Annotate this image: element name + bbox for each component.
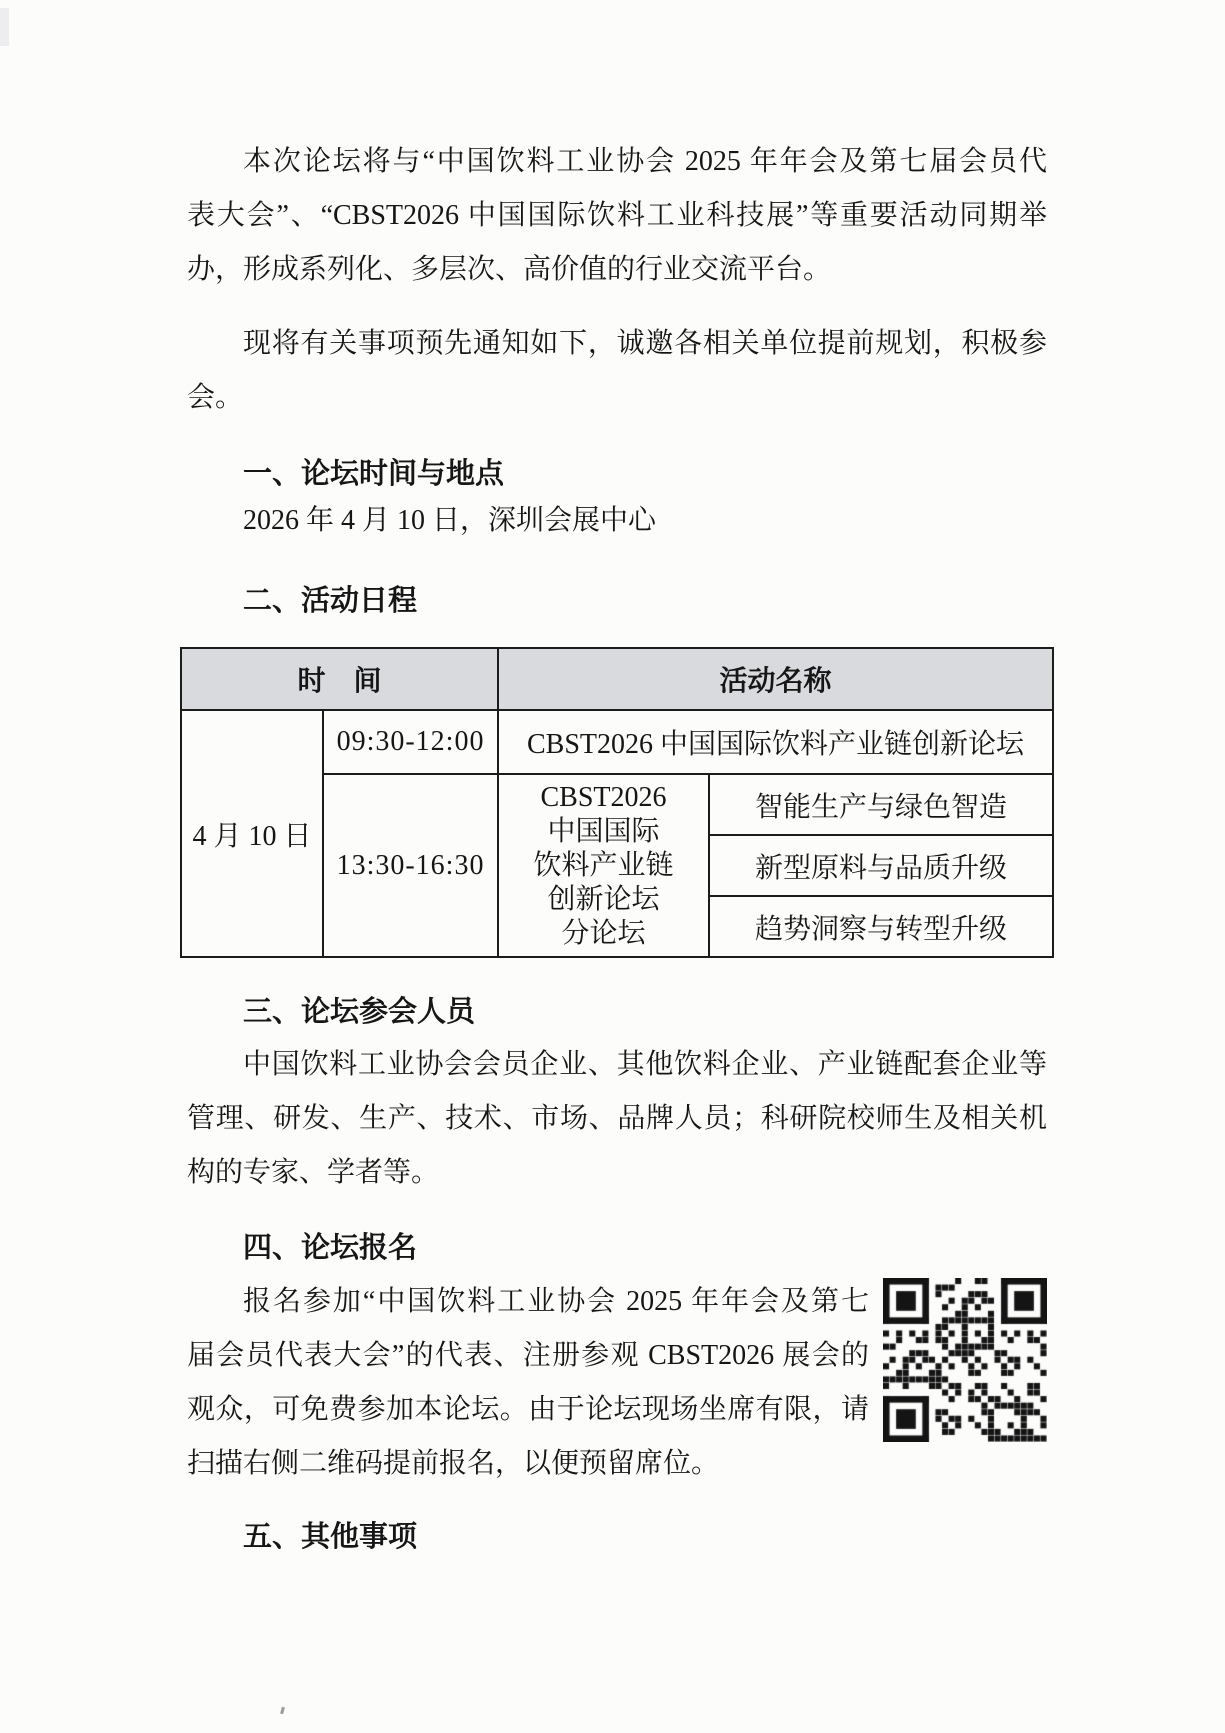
scanned-notice-page: { "document": { "intro_p1": [ "本次论坛将与“中国… <box>0 0 1225 1733</box>
section-3-line1: 中国饮料工业协会会员企业、其他饮料企业、产业链配套企业等 <box>187 1038 1047 1092</box>
intro-p1-line2: 表大会”、“CBST2026 中国国际饮料工业科技展”等重要活动同期举 <box>187 189 1047 243</box>
schedule-header-row: 时 间 活动名称 <box>181 648 1053 710</box>
scan-edge-artifact <box>0 8 9 46</box>
forum-line: 分论坛 <box>499 917 708 951</box>
afternoon-time-cell: 13:30-16:30 <box>323 774 498 957</box>
section-1-body: 2026 年 4 月 10 日，深圳会展中心 <box>187 494 1047 548</box>
section-5-heading: 五、其他事项 <box>187 1517 1047 1557</box>
section-4-line4: 扫描右侧二维码提前报名，以便预留席位。 <box>187 1437 1047 1491</box>
intro-p1-line1: 本次论坛将与“中国饮料工业协会 2025 年年会及第七届会员代 <box>187 135 1047 189</box>
registration-qr-code <box>883 1278 1047 1442</box>
section-4-heading: 四、论坛报名 <box>187 1228 1047 1268</box>
schedule-row-morning: 4 月 10 日 09:30-12:00 CBST2026 中国国际饮料产业链创… <box>181 710 1053 774</box>
schedule-header-activity: 活动名称 <box>498 648 1053 710</box>
section-3-line3: 构的专家、学者等。 <box>187 1146 1047 1200</box>
forum-line: 中国国际 <box>499 815 708 849</box>
schedule-header-time: 时 间 <box>181 648 498 710</box>
section-2-heading: 二、活动日程 <box>187 581 1047 621</box>
scan-speck-artifact <box>280 1707 285 1715</box>
lower-text: 三、论坛参会人员 中国饮料工业协会会员企业、其他饮料企业、产业链配套企业等 管理… <box>187 992 1047 1557</box>
document-page: 本次论坛将与“中国饮料工业协会 2025 年年会及第七届会员代 表大会”、“CB… <box>180 0 1052 1557</box>
morning-activity-cell: CBST2026 中国国际饮料产业链创新论坛 <box>498 710 1053 774</box>
forum-line: 创新论坛 <box>499 883 708 917</box>
topic-cell-3: 趋势洞察与转型升级 <box>709 896 1053 957</box>
schedule-date-cell: 4 月 10 日 <box>181 710 323 957</box>
forum-line: 饮料产业链 <box>499 849 708 883</box>
topic-cell-1: 智能生产与绿色智造 <box>709 774 1053 835</box>
schedule-table: 时 间 活动名称 4 月 10 日 09:30-12:00 CBST2026 中… <box>180 647 1054 958</box>
afternoon-forum-cell: CBST2026 中国国际 饮料产业链 创新论坛 分论坛 <box>498 774 709 957</box>
qr-code-image <box>883 1278 1047 1442</box>
morning-time-cell: 09:30-12:00 <box>323 710 498 774</box>
intro-p2-line1: 现将有关事项预先通知如下，诚邀各相关单位提前规划，积极参 <box>187 317 1047 371</box>
section-3-heading: 三、论坛参会人员 <box>187 992 1047 1032</box>
forum-line: CBST2026 <box>499 781 708 815</box>
intro-text: 本次论坛将与“中国饮料工业协会 2025 年年会及第七届会员代 表大会”、“CB… <box>187 0 1047 621</box>
section-3-line2: 管理、研发、生产、技术、市场、品牌人员；科研院校师生及相关机 <box>187 1092 1047 1146</box>
section-1-heading: 一、论坛时间与地点 <box>187 454 1047 494</box>
intro-p2-line2: 会。 <box>187 371 1047 425</box>
registration-block: 报名参加“中国饮料工业协会 2025 年年会及第七 届会员代表大会”的代表、注册… <box>187 1275 1047 1491</box>
intro-p1-line3: 办，形成系列化、多层次、高价值的行业交流平台。 <box>187 243 1047 297</box>
topic-cell-2: 新型原料与品质升级 <box>709 835 1053 896</box>
